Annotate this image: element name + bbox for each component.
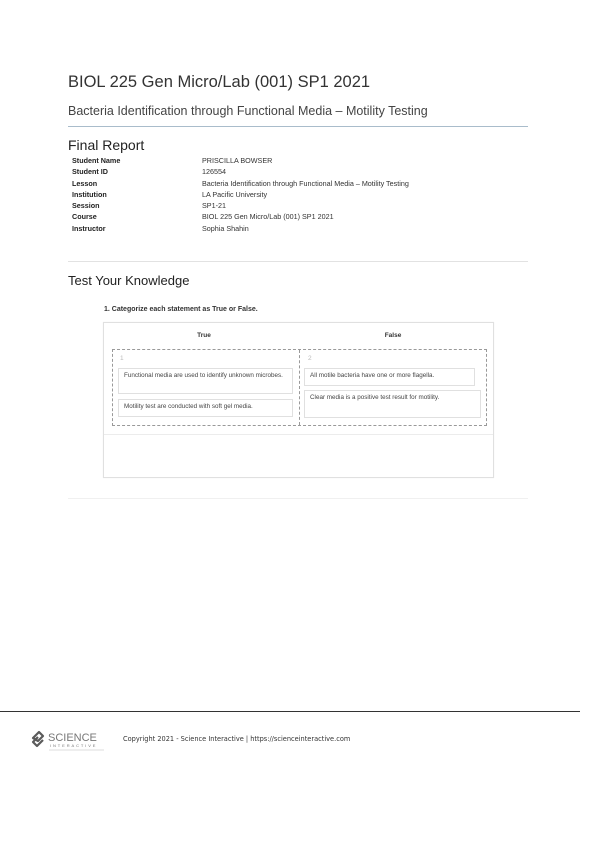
info-row-lesson: LessonBacteria Identification through Fu… (72, 178, 409, 189)
statement-card[interactable]: Motility test are conducted with soft ge… (118, 399, 293, 417)
footer-copyright: Copyright 2021 - Science Interactive | h… (123, 735, 350, 743)
info-label: Student Name (72, 155, 202, 166)
info-row-instructor: InstructorSophia Shahin (72, 223, 409, 234)
info-value: SP1-21 (202, 200, 409, 211)
info-row-session: SessionSP1-21 (72, 200, 409, 211)
content-end-divider (68, 498, 528, 499)
report-info-table: Student NamePRISCILLA BOWSER Student ID1… (72, 155, 409, 234)
info-value: BIOL 225 Gen Micro/Lab (001) SP1 2021 (202, 211, 409, 222)
info-row-institution: InstitutionLA Pacific University (72, 189, 409, 200)
info-label: Institution (72, 189, 202, 200)
info-value: Sophia Shahin (202, 223, 409, 234)
info-label: Instructor (72, 223, 202, 234)
report-title: Final Report (68, 137, 144, 153)
info-label: Lesson (72, 178, 202, 189)
drop-zones: 1 Functional media are used to identify … (112, 349, 487, 426)
info-value: LA Pacific University (202, 189, 409, 200)
statement-card[interactable]: All motile bacteria have one or more fla… (304, 368, 475, 386)
footer-divider (0, 711, 580, 712)
categorize-activity: True False 1 Functional media are used t… (103, 322, 494, 478)
info-row-student-id: Student ID126554 (72, 166, 409, 177)
statement-card[interactable]: Clear media is a positive test result fo… (304, 390, 481, 418)
info-value: Bacteria Identification through Function… (202, 178, 409, 189)
title-divider (68, 126, 528, 127)
drop-zone-false[interactable]: 2 All motile bacteria have one or more f… (301, 350, 485, 425)
info-row-course: CourseBIOL 225 Gen Micro/Lab (001) SP1 2… (72, 211, 409, 222)
column-heading-true: True (109, 332, 299, 339)
drop-zone-true[interactable]: 1 Functional media are used to identify … (113, 350, 297, 425)
science-interactive-logo: SCIENCE INTERACTIVE (30, 729, 110, 753)
info-value: 126554 (202, 166, 409, 177)
logo-mark-icon: SCIENCE INTERACTIVE (30, 729, 110, 753)
question-prompt: 1. Categorize each statement as True or … (104, 306, 258, 313)
activity-inner-divider (104, 434, 493, 435)
info-label: Student ID (72, 166, 202, 177)
zone-number: 2 (308, 355, 312, 362)
zone-number: 1 (120, 355, 124, 362)
info-row-student-name: Student NamePRISCILLA BOWSER (72, 155, 409, 166)
info-label: Session (72, 200, 202, 211)
page-title: BIOL 225 Gen Micro/Lab (001) SP1 2021 (68, 73, 370, 92)
section-title: Test Your Knowledge (68, 273, 189, 288)
info-label: Course (72, 211, 202, 222)
lesson-subtitle: Bacteria Identification through Function… (68, 104, 428, 118)
svg-text:INTERACTIVE: INTERACTIVE (50, 743, 97, 748)
zone-divider (299, 350, 300, 425)
section-divider (68, 261, 528, 262)
column-heading-false: False (298, 332, 488, 339)
statement-card[interactable]: Functional media are used to identify un… (118, 368, 293, 394)
info-value: PRISCILLA BOWSER (202, 155, 409, 166)
